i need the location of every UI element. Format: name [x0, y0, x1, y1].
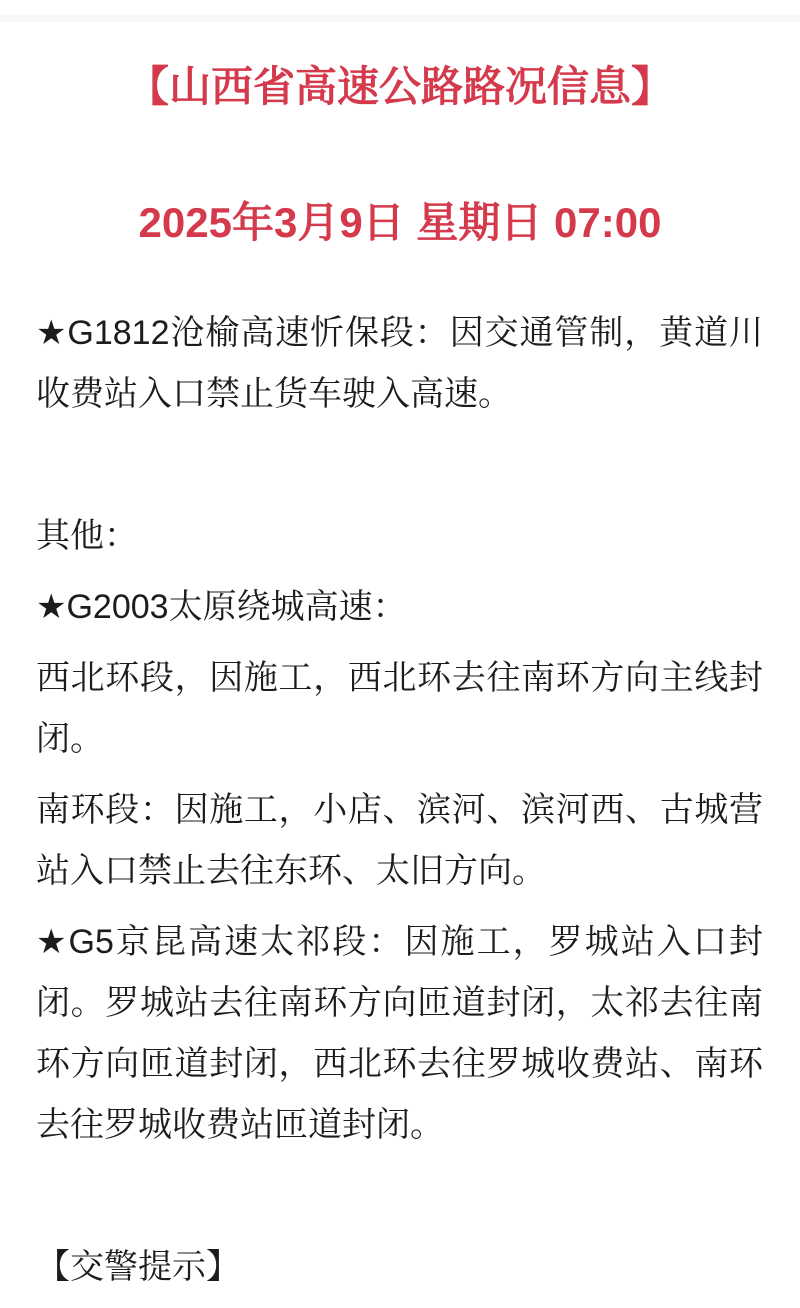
blank-line: [36, 435, 763, 496]
paragraph: 西北环段，因施工，西北环去往南环方向主线封闭。: [36, 648, 763, 770]
page-title: 【山西省高速公路路况信息】: [40, 64, 760, 110]
report-datetime: 2025年3月9日 星期日 07:00: [40, 200, 760, 246]
report-body: ★G1812沧榆高速忻保段：因交通管制，黄道川收费站入口禁止货车驶入高速。其他：…: [36, 303, 763, 1298]
paragraph: ★G2003太原绕城高速：: [36, 577, 763, 638]
top-divider: [0, 15, 800, 22]
paragraph: 【交警提示】: [36, 1237, 763, 1298]
paragraph: ★G1812沧榆高速忻保段：因交通管制，黄道川收费站入口禁止货车驶入高速。: [36, 303, 763, 425]
paragraph: ★G5京昆高速太祁段：因施工，罗城站入口封闭。罗城站去往南环方向匝道封闭，太祁去…: [36, 912, 763, 1156]
blank-line: [36, 1166, 763, 1227]
traffic-report-page: 【山西省高速公路路况信息】 2025年3月9日 星期日 07:00 ★G1812…: [0, 0, 800, 1308]
paragraph: 南环段：因施工，小店、滨河、滨河西、古城营站入口禁止去往东环、太旧方向。: [36, 780, 763, 902]
paragraph: 其他：: [36, 506, 763, 567]
